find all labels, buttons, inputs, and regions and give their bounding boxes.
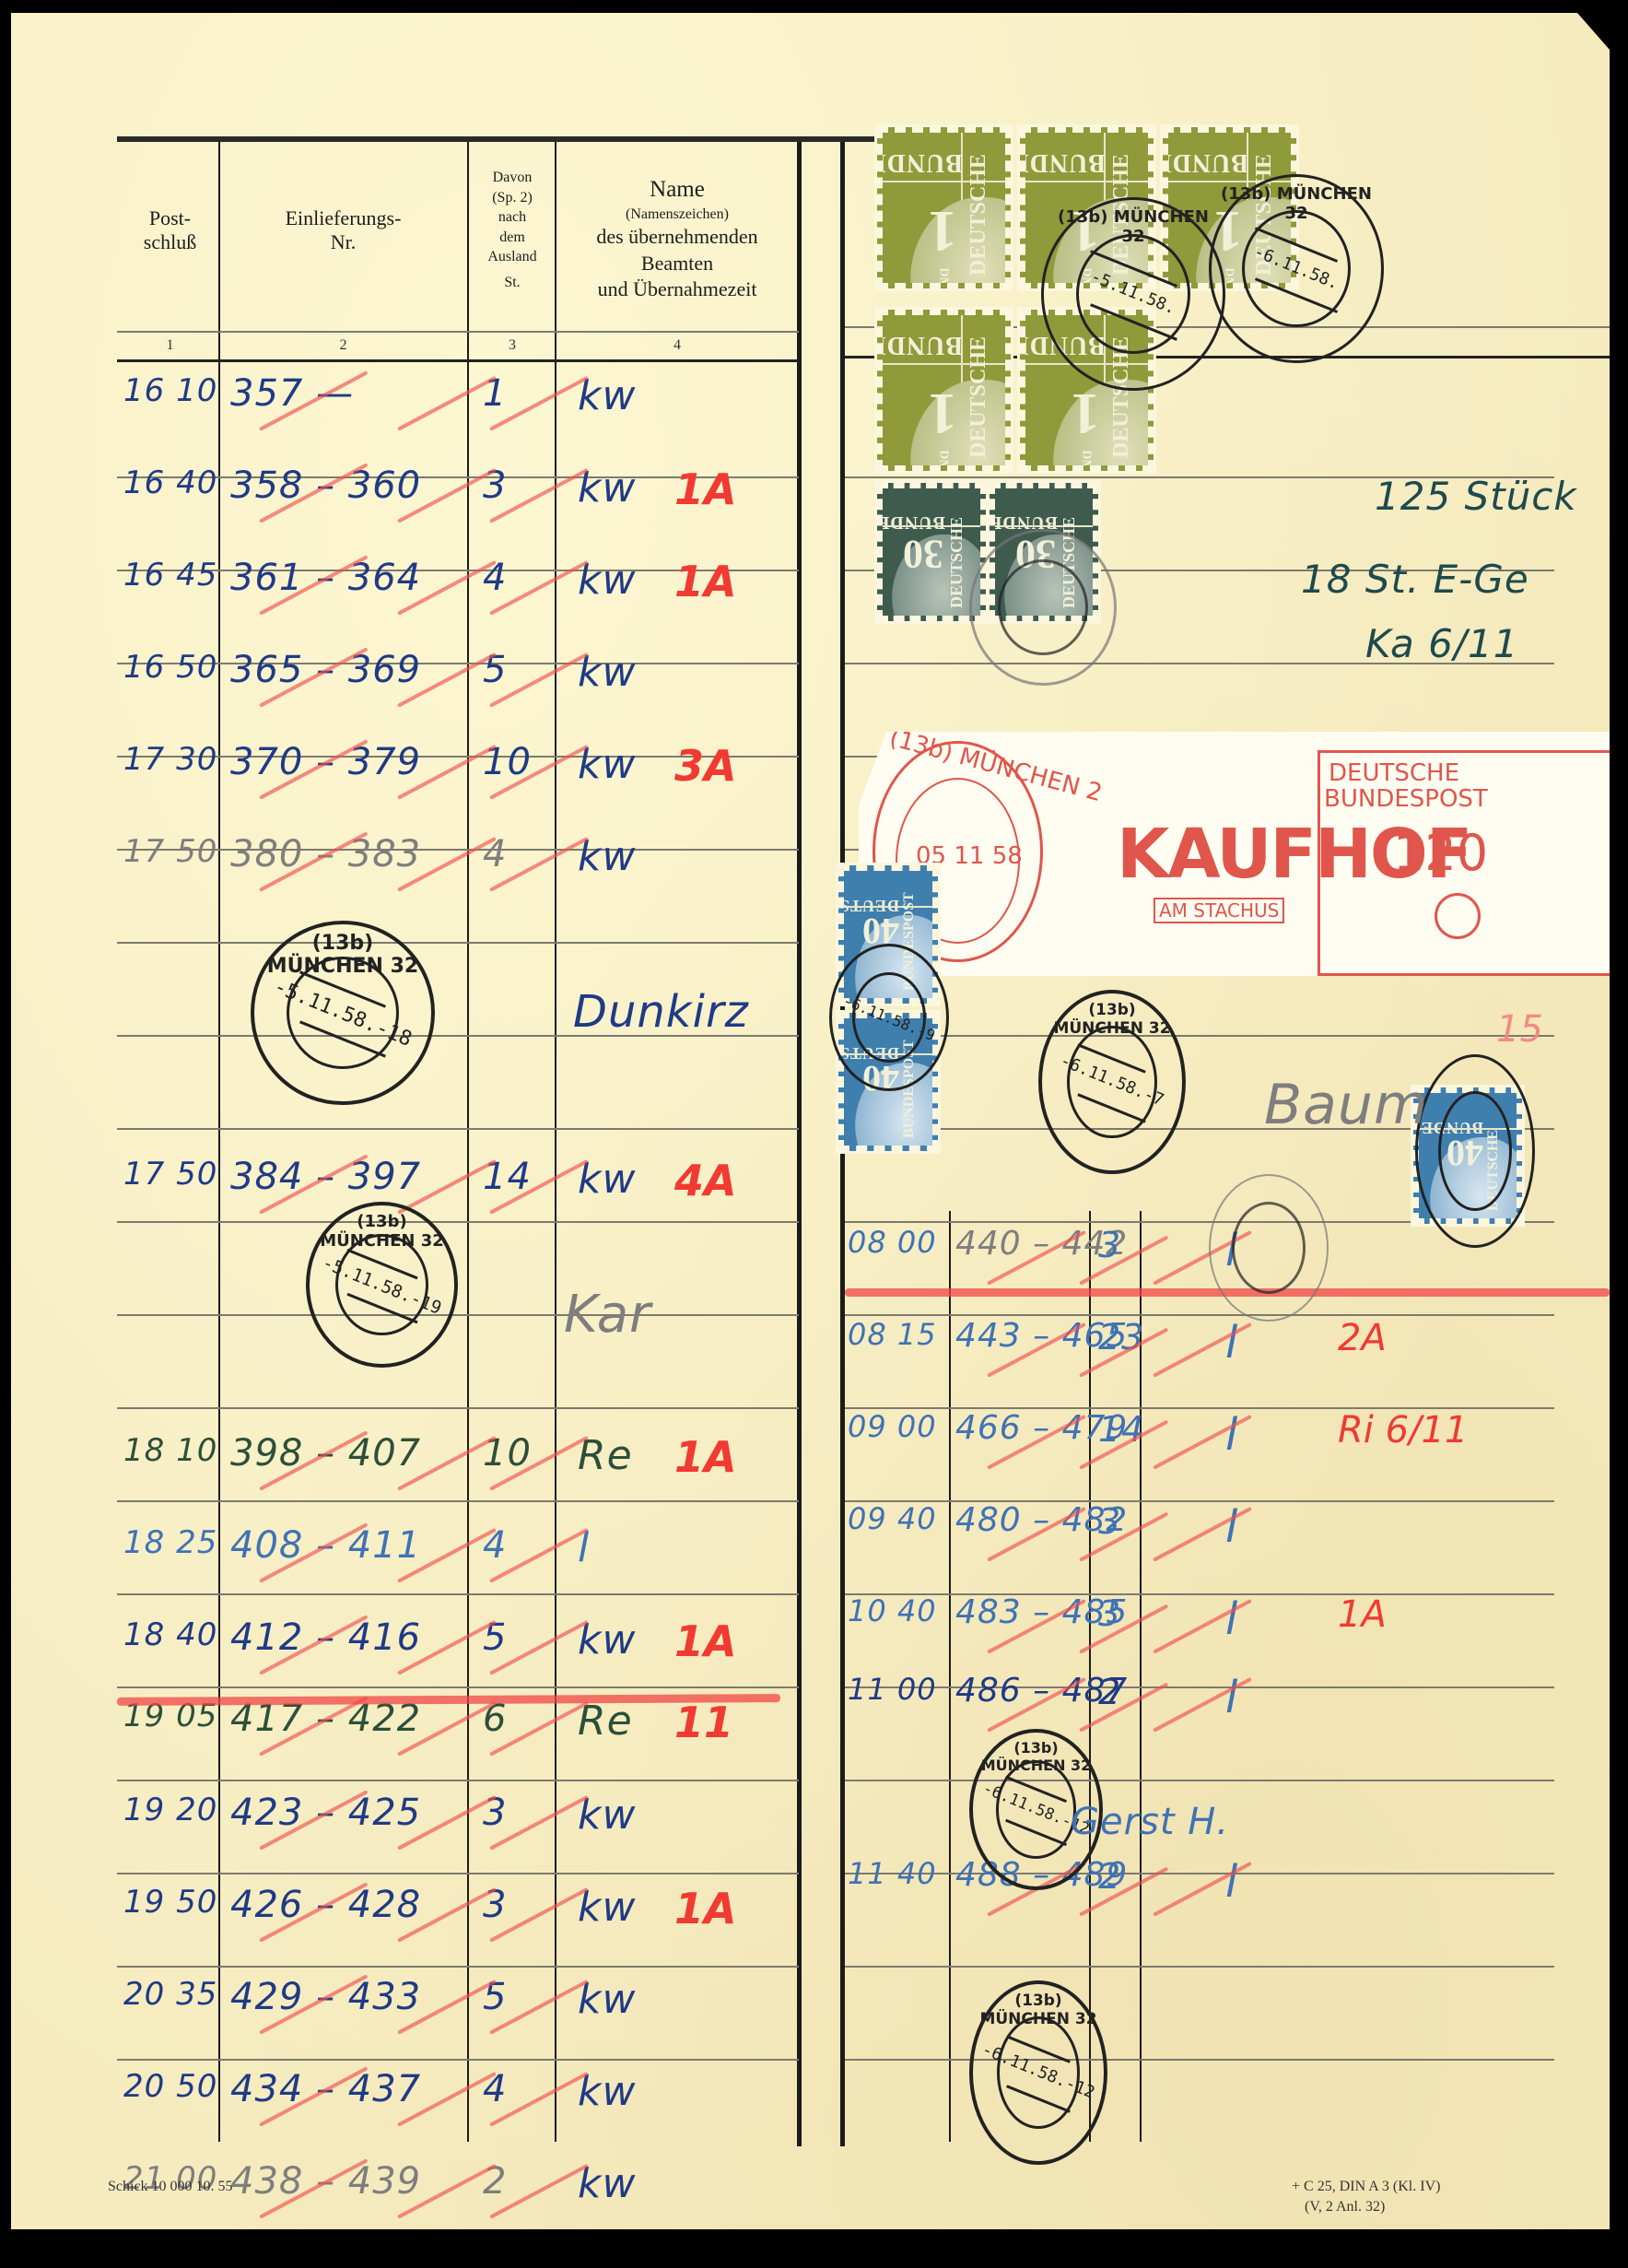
red-mark: 3A (674, 741, 737, 791)
stamp-1dm: BUNDESPOST 1DM DEUTSCHE (877, 310, 1011, 471)
posthorn-icon (1435, 893, 1481, 939)
signature-2: Kar (564, 1285, 651, 1345)
postmark: (13b) MÜNCHEN 32 -5.11.58. (1041, 197, 1225, 391)
row-line (117, 1407, 799, 1409)
row-line (117, 942, 799, 944)
time-cell: 16 45 (123, 557, 217, 593)
red-mark: 11 (674, 1698, 733, 1747)
time-cell: 17 50 (123, 833, 217, 870)
count-cell: 3 (1098, 1501, 1121, 1542)
time-cell: 09 00 (848, 1409, 937, 1444)
row-line (845, 1780, 1554, 1781)
postmark: (13b) MÜNCHEN 32 -5.11.58.-18 (251, 921, 435, 1105)
row-line (845, 2059, 1554, 2061)
time-cell: 11 40 (848, 1856, 937, 1891)
check-tick (397, 376, 497, 431)
time-cell: 20 35 (123, 1976, 217, 2013)
column-number-1: 1 (122, 337, 218, 354)
time-cell: 08 15 (848, 1317, 937, 1352)
row-line (117, 1686, 799, 1688)
count-cell: 3 (1098, 1593, 1121, 1634)
row-line (845, 1966, 1554, 1968)
time-cell: 19 20 (123, 1792, 217, 1828)
initials-cell: l (1225, 1593, 1238, 1645)
signature-gerst: Gerst H. (1071, 1801, 1229, 1843)
time-cell: 17 50 (123, 1156, 217, 1193)
column-divider-1 (218, 142, 220, 2142)
header-name-beamten: Name (Namenszeichen) des übernehmenden B… (557, 175, 797, 303)
column-divider-2 (467, 142, 469, 2142)
row-line (117, 1128, 799, 1130)
red-mark: 1A (674, 464, 737, 514)
header-davon-ausland: Davon(Sp. 2) nachdem AuslandSt. (470, 168, 555, 293)
row-line (845, 1500, 1554, 1502)
time-cell: 16 40 (123, 464, 217, 501)
time-cell: 17 30 (123, 741, 217, 778)
time-cell: 19 50 (123, 1884, 217, 1921)
red-mark: 2A (1338, 1317, 1387, 1359)
row-line (845, 1593, 1554, 1595)
time-cell: 10 40 (848, 1593, 937, 1628)
time-cell: 09 40 (848, 1501, 937, 1536)
postmark: (13b) MÜNCHEN 32 -6.11.58. (1209, 174, 1384, 363)
time-cell: 16 50 (123, 649, 217, 686)
column-divider-3 (555, 142, 556, 2142)
top-rule-right (820, 136, 875, 142)
row-line (845, 1873, 1554, 1874)
time-cell: 20 50 (123, 2068, 217, 2105)
red-mark: 1A (674, 557, 737, 606)
row-line (845, 1686, 1554, 1688)
form-page: Post-schluß Einlieferungs-Nr. Davon(Sp. … (11, 13, 1610, 2229)
numbers-cell: 357 — (230, 372, 354, 415)
red-mark: 1A (1338, 1593, 1387, 1636)
column-number-3: 3 (470, 337, 555, 354)
signature-baum: Baum (1264, 1073, 1428, 1137)
header-postschluss: Post-schluß (122, 206, 218, 255)
row-line (117, 1780, 799, 1781)
initials-cell: l (1225, 1409, 1238, 1461)
count-cell: 2 (1098, 1856, 1121, 1897)
footer-form-code: + C 25, DIN A 3 (Kl. IV) (1292, 2179, 1440, 2195)
postmark: -6.11.58.-9 (829, 944, 949, 1091)
initials-cell: l (1225, 1317, 1238, 1369)
header-subrule (117, 331, 799, 333)
postmark (969, 529, 1117, 686)
red-mark: 1A (674, 1432, 737, 1482)
postmark (1209, 1174, 1329, 1322)
red-mark: 1A (674, 1884, 737, 1933)
kaufhof-meter-strip: (13b) MÜNCHEN 2 05 11 58 KAUFHOF AM STAC… (859, 732, 1610, 976)
row-line (117, 1314, 799, 1316)
postmark (1415, 1054, 1535, 1248)
time-cell: 11 00 (848, 1672, 937, 1707)
time-cell: 08 00 (848, 1225, 937, 1260)
row-line (117, 1500, 799, 1502)
column-number-4: 4 (557, 337, 797, 354)
initials-cell: l (1225, 1672, 1238, 1723)
postmark: (13b) MÜNCHEN 32 -5.11.58.-19 (306, 1202, 458, 1368)
stamp-1dm: BUNDESPOST 1DM DEUTSCHE (877, 127, 1011, 288)
time-cell: 16 10 (123, 372, 217, 409)
postmark: (13b) MÜNCHEN 32 -6.11.58.-12 (969, 1980, 1107, 2165)
right-column-divider-1 (949, 1211, 951, 2142)
initials-cell: l (1225, 1501, 1238, 1553)
row-line (117, 2059, 799, 2061)
footer-printer-note: Schick 10 000 10. 55 (108, 2179, 233, 2195)
row-line (845, 1035, 1554, 1037)
column-number-2: 2 (221, 337, 465, 354)
annotation-125-stueck: 125 Stück (1375, 474, 1577, 519)
red-mark: Ri 6/11 (1338, 1409, 1468, 1451)
postmark: (13b) MÜNCHEN 32 -6.11.58.-7 (1038, 990, 1186, 1174)
count-cell: 3 (1098, 1225, 1121, 1265)
red-note-15: 15 (1496, 1008, 1543, 1051)
header-einlieferungs-nr: Einlieferungs-Nr. (221, 206, 465, 255)
annotation-18-st: 18 St. E-Ge (1301, 557, 1529, 602)
row-line (117, 1873, 799, 1874)
row-line (117, 849, 799, 851)
row-line (117, 1221, 799, 1223)
top-rule (117, 136, 822, 142)
signature-1: Dunkirz (573, 986, 749, 1038)
time-cell: 18 10 (123, 1432, 217, 1469)
red-mark: 1A (674, 1616, 737, 1666)
row-line (845, 1314, 1554, 1316)
section-divider (797, 142, 802, 2146)
annotation-initials-date: Ka 6/11 (1365, 621, 1518, 666)
initials-cell: l (1225, 1856, 1238, 1908)
red-mark: 4A (674, 1156, 737, 1205)
count-cell: 2 (1098, 1672, 1121, 1712)
row-line (117, 1593, 799, 1595)
row-line (117, 663, 799, 664)
row-line (117, 1966, 799, 1968)
time-cell: 18 40 (123, 1616, 217, 1653)
header-bottom-rule (117, 359, 799, 362)
time-cell: 18 25 (123, 1524, 217, 1561)
footer-form-annex: (V, 2 Anl. 32) (1305, 2199, 1385, 2215)
